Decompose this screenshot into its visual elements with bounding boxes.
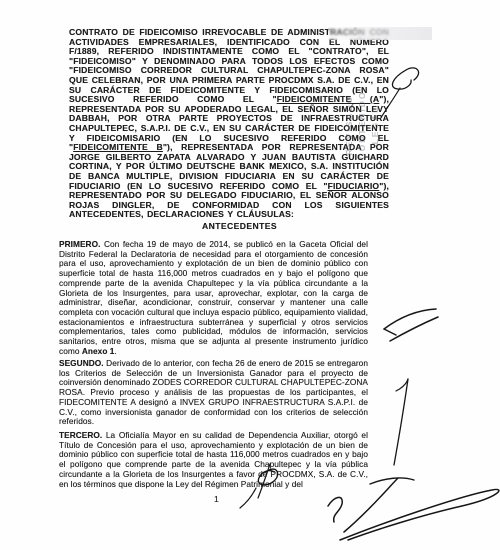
- inline-scribble: [236, 460, 288, 510]
- margin-stroke-scribble: [390, 373, 415, 471]
- signature-scribble: [310, 470, 500, 550]
- antecedentes-title: ANTECEDENTES: [202, 221, 277, 231]
- scanned-contract-page: CONTRATO DE FIDEICOMISO IRREVOCABLE DE A…: [0, 0, 500, 550]
- stamp-scribble: [378, 66, 426, 118]
- scan-smudge: [328, 27, 432, 40]
- page-number: 1: [214, 494, 219, 504]
- contract-heading: CONTRATO DE FIDEICOMISO IRREVOCABLE DE A…: [69, 28, 389, 220]
- paragraph-primero: PRIMERO. Con fecha 19 de mayo de 2014, s…: [59, 240, 368, 356]
- stamp-line: CONTENIDO: [356, 70, 369, 180]
- paragraph-segundo: SEGUNDO. Derivado de lo anterior, con fe…: [59, 359, 368, 427]
- stamp-line: REVISADO: [343, 70, 356, 180]
- margin-check-scribble: [380, 305, 440, 347]
